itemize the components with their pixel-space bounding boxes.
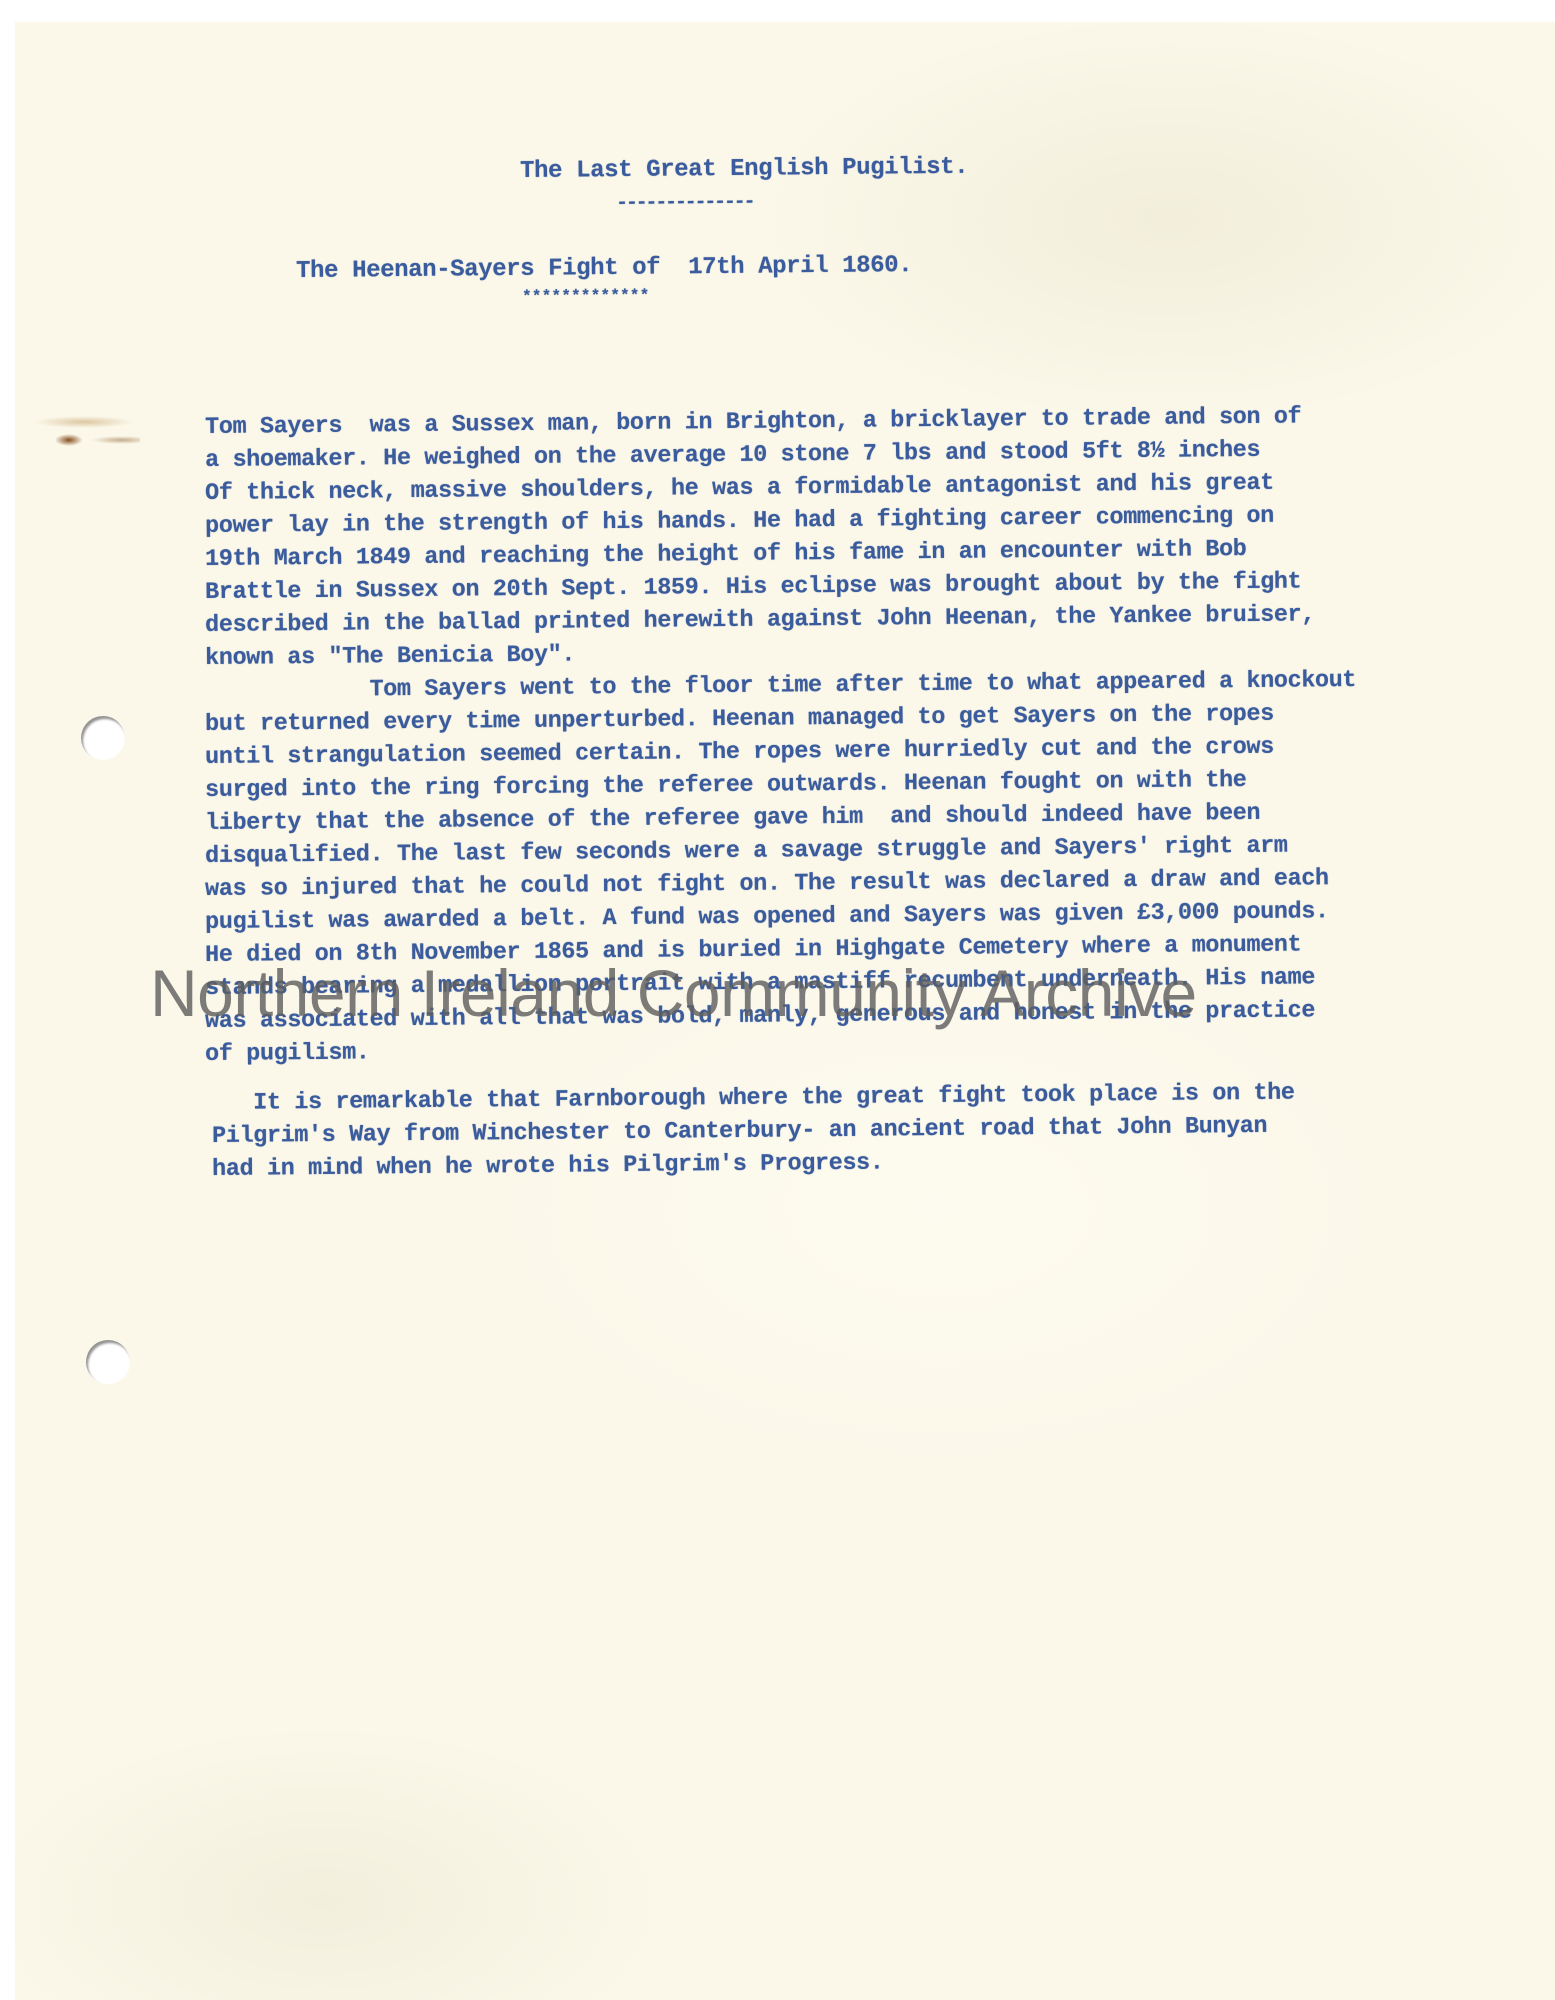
punch-hole-bottom — [86, 1340, 130, 1384]
document-line: of pugilism. — [205, 1039, 370, 1068]
document-line: known as "The Benicia Boy". — [205, 641, 575, 672]
subtitle-underline: ************* — [522, 287, 650, 306]
archive-watermark: Northern Ireland Community Archive — [150, 955, 1197, 1031]
punch-hole-top — [81, 716, 125, 760]
rust-stain — [15, 412, 140, 452]
title-underline: -------------- — [616, 191, 753, 215]
document-title: The Last Great English Pugilist. — [520, 154, 968, 185]
